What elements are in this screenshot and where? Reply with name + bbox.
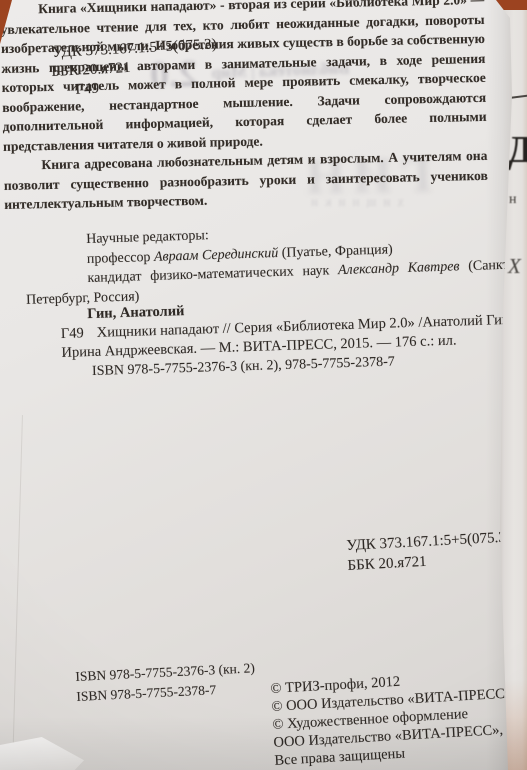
editor-name: Авраам Серединский [154,245,279,264]
page-crease-line [12,415,23,770]
cataloging-in-publication-block: Гин, Анатолий Г49Хищники нападают // Сер… [60,292,515,382]
catalog-code: Г49 [61,325,84,342]
facing-page-letter-fragment: Х [508,254,521,279]
copyright-block: © ТРИЗ-профи, 2012 © ООО Издательство «В… [270,665,527,770]
editor-name: Александр Кавтрев [338,259,460,278]
facing-page-letter-fragment: н [509,192,517,208]
book-imprint-page-photo: Д н Х Библиотека | Мир 2.0 ГИН ХИЩНИКИ У… [0,0,527,770]
annotation-paragraph-2: Книга адресована любознательным детям и … [3,146,488,215]
annotation-block: Книга «Хищники нападают» - вторая из сер… [0,0,488,214]
isbn-footer-block: ISBN 978-5-7755-2376-3 (кн. 2) ISBN 978-… [75,658,256,707]
imprint-page: Библиотека | Мир 2.0 ГИН ХИЩНИКИ УДК 373… [0,0,516,770]
annotation-paragraph-1: Книга «Хищники нападают» - вторая из сер… [0,0,487,156]
udk-code: УДК 373.167.1:5+5(075.3) [346,527,511,556]
editor-location: (Пуатье, Франция) [278,242,393,261]
classification-codes-bottom: УДК 373.167.1:5+5(075.3) ББК 20.я721 [346,527,512,576]
editor-title: профессор [87,249,155,266]
